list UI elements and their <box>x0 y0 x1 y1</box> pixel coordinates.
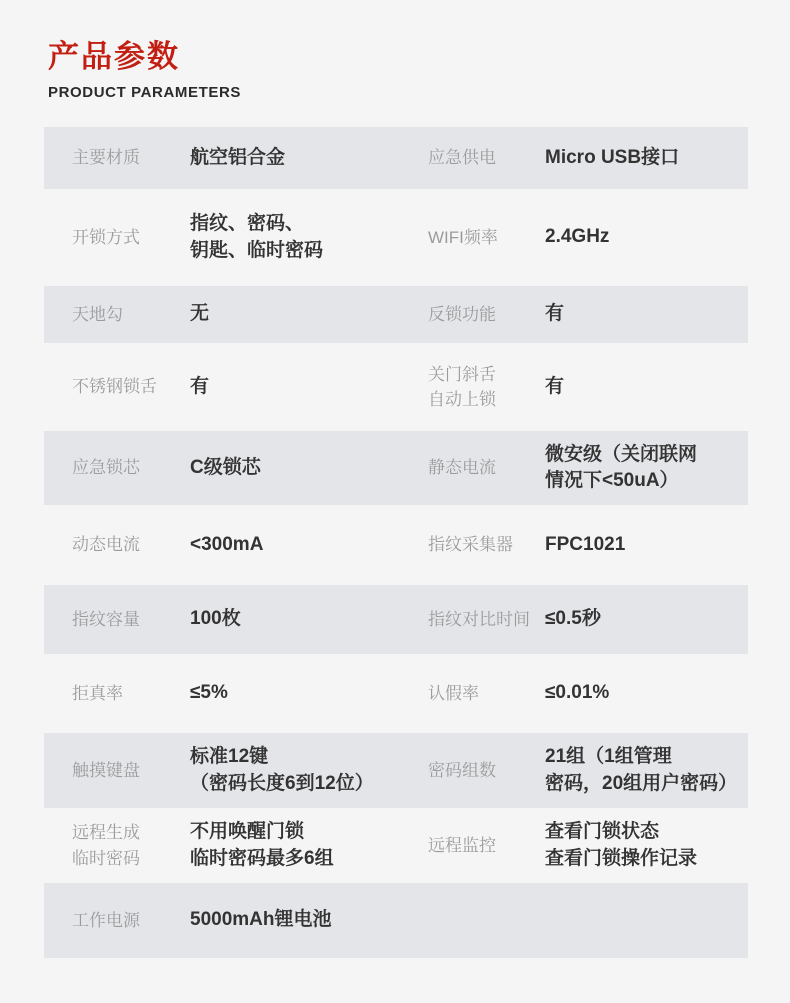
param-value: 100枚 <box>190 606 428 633</box>
param-label: 开锁方式 <box>44 225 190 251</box>
param-label: 静态电流 <box>428 455 545 481</box>
param-value: 有 <box>545 301 748 328</box>
param-value: 无 <box>190 301 428 328</box>
param-value: 不用唤醒门锁 临时密码最多6组 <box>190 819 428 872</box>
param-label: 认假率 <box>428 681 545 707</box>
param-value: Micro USB接口 <box>545 145 748 172</box>
param-label: 指纹容量 <box>44 607 190 633</box>
table-row-hooks: 天地勾 无 反锁功能 有 <box>44 286 748 343</box>
param-value: 21组（1组管理 密码，20组用户密码） <box>545 744 748 797</box>
param-value: 航空铝合金 <box>190 145 428 172</box>
param-label: 触摸键盘 <box>44 758 190 784</box>
page-title: 产品参数 <box>48 40 790 74</box>
table-row-unlock-methods: 开锁方式 指纹、密码、 钥匙、临时密码 WIFI频率 2.4GHz <box>44 189 748 286</box>
param-label: 远程生成 临时密码 <box>44 820 190 871</box>
param-value: 标准12键 （密码长度6到12位） <box>190 744 428 797</box>
param-label: WIFI频率 <box>428 225 545 251</box>
param-label: 远程监控 <box>428 833 545 859</box>
param-value: 有 <box>545 374 748 401</box>
param-label: 拒真率 <box>44 681 190 707</box>
param-label: 密码组数 <box>428 758 545 784</box>
table-row-current: 动态电流 <300mA 指纹采集器 FPC1021 <box>44 505 748 585</box>
param-label: 应急供电 <box>428 145 545 171</box>
table-row-fingerprint-capacity: 指纹容量 100枚 指纹对比时间 ≤0.5秒 <box>44 585 748 654</box>
param-label: 关门斜舌 自动上锁 <box>428 362 545 413</box>
param-label: 应急锁芯 <box>44 455 190 481</box>
param-value: FPC1021 <box>545 532 748 559</box>
table-row-material: 主要材质 航空铝合金 应急供电 Micro USB接口 <box>44 127 748 189</box>
table-row-remote: 远程生成 临时密码 不用唤醒门锁 临时密码最多6组 远程监控 查看门锁状态 查看… <box>44 808 748 883</box>
table-row-power: 工作电源 5000mAh锂电池 <box>44 883 748 958</box>
param-label: 指纹对比时间 <box>428 607 545 633</box>
param-value: ≤0.5秒 <box>545 606 748 633</box>
param-label: 不锈钢锁舌 <box>44 374 190 400</box>
param-value: ≤5% <box>190 680 428 707</box>
param-value: 查看门锁状态 查看门锁操作记录 <box>545 819 748 872</box>
param-value: 微安级（关闭联网 情况下<50uA） <box>545 442 748 495</box>
param-label: 动态电流 <box>44 532 190 558</box>
table-row-cylinder: 应急锁芯 C级锁芯 静态电流 微安级（关闭联网 情况下<50uA） <box>44 431 748 505</box>
table-row-bolt: 不锈钢锁舌 有 关门斜舌 自动上锁 有 <box>44 343 748 431</box>
param-label: 指纹采集器 <box>428 532 545 558</box>
param-label: 主要材质 <box>44 145 190 171</box>
table-row-keypad: 触摸键盘 标准12键 （密码长度6到12位） 密码组数 21组（1组管理 密码，… <box>44 733 748 808</box>
param-value: ≤0.01% <box>545 680 748 707</box>
param-value: <300mA <box>190 532 428 559</box>
param-value: C级锁芯 <box>190 455 428 482</box>
param-value: 有 <box>190 374 428 401</box>
param-label: 工作电源 <box>44 908 190 934</box>
product-parameters-page: 产品参数 PRODUCT PARAMETERS 主要材质 航空铝合金 应急供电 … <box>0 0 790 1003</box>
page-subtitle: PRODUCT PARAMETERS <box>48 84 790 101</box>
param-value: 5000mAh锂电池 <box>190 907 428 934</box>
param-label: 反锁功能 <box>428 302 545 328</box>
param-value: 2.4GHz <box>545 224 748 251</box>
param-value: 指纹、密码、 钥匙、临时密码 <box>190 211 428 264</box>
parameters-table: 主要材质 航空铝合金 应急供电 Micro USB接口 开锁方式 指纹、密码、 … <box>44 127 748 958</box>
param-label: 天地勾 <box>44 302 190 328</box>
page-header: 产品参数 PRODUCT PARAMETERS <box>0 0 790 101</box>
table-row-rejection-rate: 拒真率 ≤5% 认假率 ≤0.01% <box>44 654 748 733</box>
